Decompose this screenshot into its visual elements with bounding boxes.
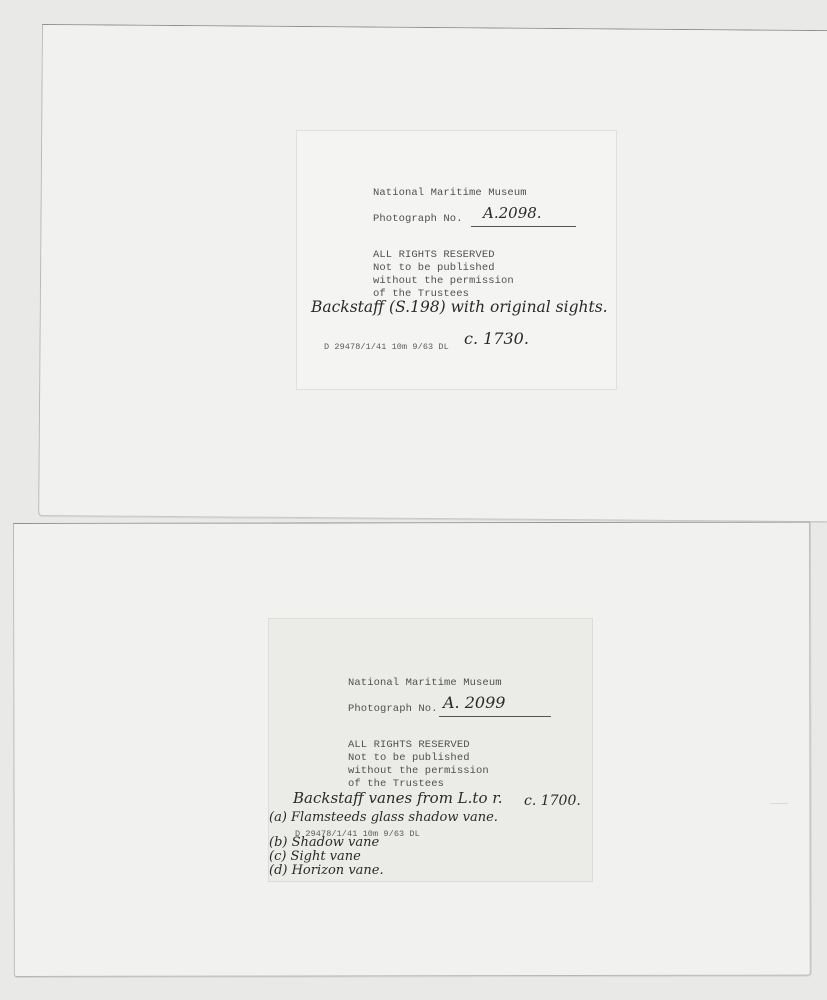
photograph-number: A.2098. (483, 207, 542, 221)
institution-name: National Maritime Museum (348, 677, 502, 691)
photo-label-card-a2099: National Maritime Museum Photograph No. … (268, 618, 593, 882)
institution-name: National Maritime Museum (373, 187, 527, 201)
vane-list-item: (a) Flamsteeds glass shadow vane. (269, 811, 498, 825)
rights-line-1: ALL RIGHTS RESERVED (373, 249, 495, 263)
photograph-number-underline (471, 226, 576, 227)
photograph-number-underline (439, 716, 551, 717)
object-date: c. 1700. (524, 795, 581, 809)
rights-line-1: ALL RIGHTS RESERVED (348, 739, 470, 753)
form-code: D 29478/1/41 10m 9/63 DL (324, 341, 449, 355)
photograph-number-label: Photograph No. (348, 703, 438, 717)
photo-label-card-a2098: National Maritime Museum Photograph No. … (296, 130, 617, 390)
photograph-number: A. 2099 (443, 696, 505, 710)
rights-line-3: without the permission (348, 765, 489, 779)
object-description: Backstaff (S.198) with original sights. (311, 301, 608, 315)
rights-line-2: Not to be published (348, 752, 470, 766)
object-description: Backstaff vanes from L.to r. (293, 792, 503, 806)
vane-list-item: (b) Shadow vane (269, 836, 379, 850)
object-date: c. 1730. (464, 332, 529, 346)
vane-list-item: (c) Sight vane (269, 850, 361, 864)
rights-line-2: Not to be published (373, 262, 495, 276)
vane-list-item: (d) Horizon vane. (269, 864, 384, 878)
surface-mark (770, 803, 788, 818)
photograph-number-label: Photograph No. (373, 213, 463, 227)
rights-line-3: without the permission (373, 275, 514, 289)
